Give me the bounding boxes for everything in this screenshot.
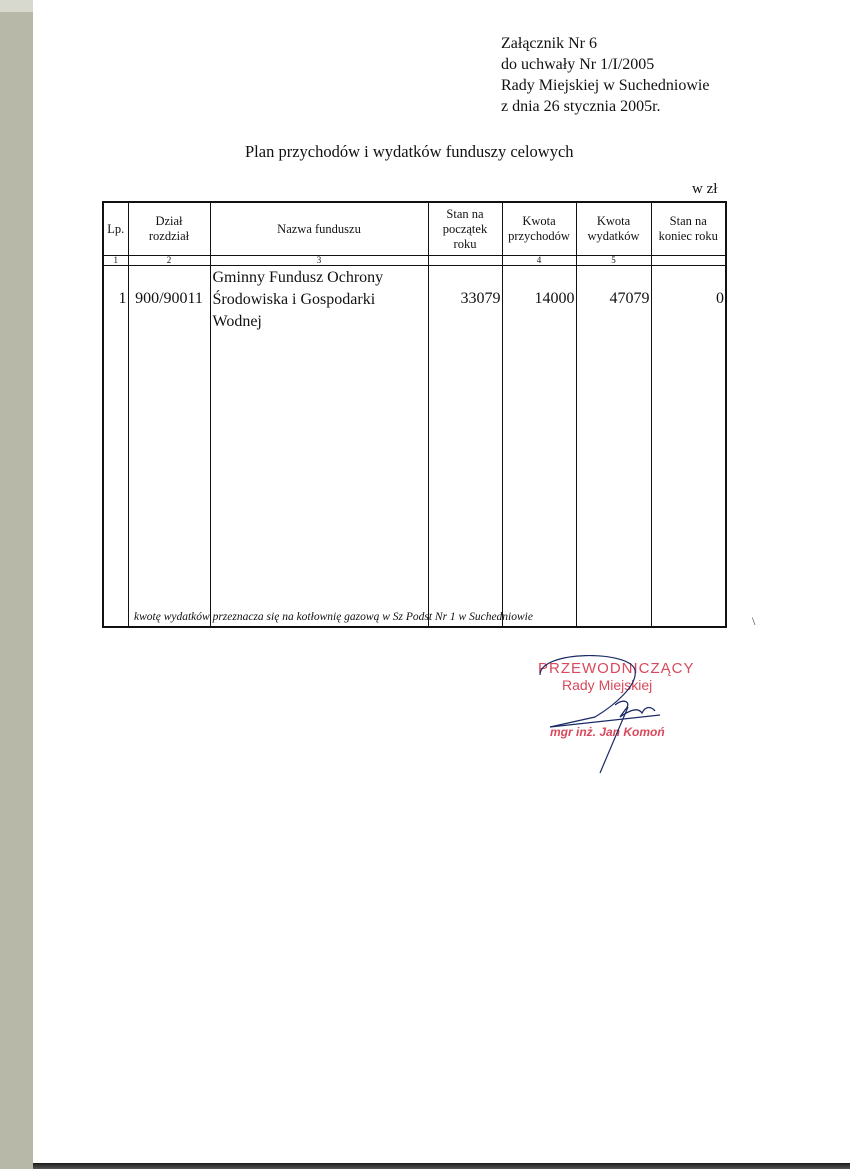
cell-dzial-rozdzial: 900/90011: [128, 266, 210, 628]
column-number-row: 1 2 3 4 5: [103, 256, 726, 266]
table-row: 1 900/90011 Gminny Fundusz Ochrony Środo…: [103, 266, 726, 628]
column-number: 5: [576, 256, 651, 266]
column-number: 1: [103, 256, 128, 266]
handwritten-signature-icon: [520, 655, 720, 780]
header-line: Kwota: [503, 214, 576, 229]
header-line: początek: [429, 222, 502, 237]
document-title: Plan przychodów i wydatków funduszy celo…: [245, 142, 574, 162]
header-stan-poczatek: Stan na początek roku: [428, 202, 502, 256]
header-line: wydatków: [577, 229, 651, 244]
scan-edge-left: [0, 0, 33, 1169]
column-number: 3: [210, 256, 428, 266]
cell-wydatki: 47079: [576, 266, 651, 628]
header-line: koniec roku: [652, 229, 726, 244]
footnote: kwotę wydatków przeznacza się na kotłown…: [134, 611, 533, 623]
cell-przychody: 14000: [502, 266, 576, 628]
header-line: przychodów: [503, 229, 576, 244]
header-nazwa: Nazwa funduszu: [210, 202, 428, 256]
scan-edge-bottom: [33, 1163, 850, 1169]
cell-nazwa: Gminny Fundusz Ochrony Środowiska i Gosp…: [210, 266, 428, 628]
header-line: roku: [429, 237, 502, 252]
attachment-header: Załącznik Nr 6 do uchwały Nr 1/I/2005 Ra…: [501, 33, 709, 117]
header-line: Kwota: [577, 214, 651, 229]
cell-lp: 1: [103, 266, 128, 628]
header-przychody: Kwota przychodów: [502, 202, 576, 256]
header-lp: Lp.: [103, 202, 128, 256]
header-line: Stan na: [652, 214, 726, 229]
scan-artifact-mark: \: [752, 614, 755, 629]
fund-name-line: Środowiska i Gospodarki: [213, 289, 428, 311]
column-number: 2: [128, 256, 210, 266]
fund-table: Lp. Dział rozdział Nazwa funduszu Stan n…: [102, 201, 727, 628]
header-wydatki: Kwota wydatków: [576, 202, 651, 256]
header-line: Dział: [129, 214, 210, 229]
cell-stan-poczatek: 33079: [428, 266, 502, 628]
signature-stamp: PRZEWODNICZĄCY Rady Miejskiej mgr inż. J…: [520, 655, 720, 780]
attachment-line: z dnia 26 stycznia 2005r.: [501, 96, 709, 117]
cell-stan-koniec: 0: [651, 266, 726, 628]
attachment-line: Rady Miejskiej w Suchedniowie: [501, 75, 709, 96]
fund-name-line: Gminny Fundusz Ochrony: [213, 267, 428, 289]
table-header-row: Lp. Dział rozdział Nazwa funduszu Stan n…: [103, 202, 726, 256]
column-number: [651, 256, 726, 266]
header-stan-koniec: Stan na koniec roku: [651, 202, 726, 256]
header-line: Stan na: [429, 207, 502, 222]
attachment-line: Załącznik Nr 6: [501, 33, 709, 54]
column-number: [428, 256, 502, 266]
attachment-line: do uchwały Nr 1/I/2005: [501, 54, 709, 75]
header-line: rozdział: [129, 229, 210, 244]
currency-unit: w zł: [692, 181, 717, 198]
fund-name-line: Wodnej: [213, 311, 428, 333]
column-number: 4: [502, 256, 576, 266]
header-dzial: Dział rozdział: [128, 202, 210, 256]
